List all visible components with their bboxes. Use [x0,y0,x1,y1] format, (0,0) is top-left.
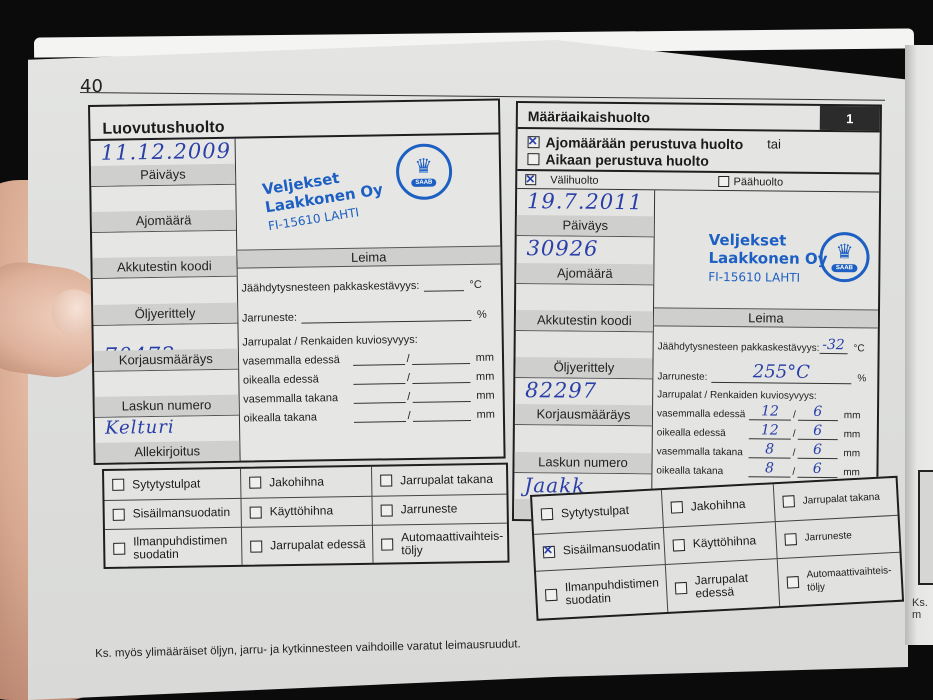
page-number: 40 [80,76,103,97]
measurements: Jäähdytysnesteen pakkaskestävyys:°C Jarr… [237,265,503,461]
checkbox[interactable] [249,477,261,489]
service-number-badge: 1 [820,106,880,131]
type-main[interactable]: Päähuolto [719,175,784,188]
checklist-item[interactable]: Jakohihna [241,467,372,499]
wear-label: oikealla takana [243,411,353,425]
checkbox[interactable] [250,506,262,518]
checkbox[interactable] [719,176,730,187]
field-label: Korjausmääräys [515,404,652,425]
tread-value [412,363,470,364]
pad-field[interactable]: 8 [749,446,791,458]
logo-text: SAAB [832,264,857,272]
griffin-icon: ♛ [414,157,432,177]
field-label: Korjausmääräys [94,348,238,370]
stamp-area: Veljekset Laakkonen Oy FI-15610 LAHTI ♛ … [654,190,879,310]
type-label: Päähuolto [734,176,784,188]
basis-label: Aikaan perustuva huolto [545,151,709,169]
pad-field[interactable] [353,391,405,404]
checklist-label: Jarrupalat takana [802,490,880,507]
checkbox-checked[interactable] [525,174,536,185]
next-page-text-fragment: Ks. m [912,597,933,621]
field-label: Akkutestin koodi [516,310,653,331]
unit: mm [844,429,861,440]
checklist-item[interactable]: Automaattivaihteis- töljy [373,524,508,563]
checkbox[interactable] [675,581,688,594]
delivery-checklist: SytytystulpatJakohihnaJarrupalat takanaS… [102,463,510,569]
checklist-label: Jarrupalat edessä [270,538,366,552]
checkbox[interactable] [545,588,558,601]
checkbox[interactable] [113,508,125,520]
pad-value [353,383,405,384]
scheduled-checklist: SytytystulpatJakohihnaJarrupalat takanaS… [530,476,904,621]
unit: °C [469,279,482,291]
wear-label: oikealla edessä [243,373,353,387]
field-signature[interactable]: KelturiAllekirjoitus [95,416,239,463]
field-label: Akkutestin koodi [92,256,236,278]
unit: mm [843,467,860,478]
field-mileage[interactable]: Ajomäärä [91,185,235,233]
coolant-label: Jäähdytysnesteen pakkaskestävyys: [658,341,820,354]
stamp-line: Veljekset [709,231,828,250]
coolant-value: -32 [819,337,847,353]
unit: % [477,309,487,321]
handwritten-value: 30926 [526,236,598,261]
saab-logo-icon: ♛ SAAB [395,143,452,200]
checklist-label: Sisäilmansuodatin [563,540,661,558]
checklist-label: Ilmanpuhdistimen suodatin [565,576,667,607]
type-interim[interactable]: Välihuolto [525,174,598,187]
pad-value: 8 [748,460,790,476]
checkbox[interactable] [787,576,800,589]
or-label: tai [767,136,781,151]
checklist-label: Jarruneste [804,530,852,545]
stamp-area: Veljekset Laakkonen Oy FI-15610 LAHTI ♛ … [235,135,500,251]
wear-label: oikealla takana [656,465,748,477]
checkbox[interactable] [381,504,393,516]
checklist-label: Automaattivaihteis- töljy [401,529,507,557]
checkbox-checked[interactable] [543,546,556,559]
field-date[interactable]: 19.7.2011Päiväys [517,189,654,238]
brake-fluid-label: Jarruneste: [242,312,297,325]
handwritten-value: 11.12.2009 [101,139,232,165]
scheduled-service-form: Määräaikaishuolto 1 Ajomäärään perustuva… [512,101,882,524]
form-title: Määräaikaishuolto [518,103,820,130]
field-battery-test-code[interactable]: Akkutestin koodi [516,284,653,333]
brake-fluid-field[interactable]: 255°C [711,371,851,384]
wear-label: vasemmalla takana [243,392,353,406]
brake-fluid-label: Jarruneste: [657,371,707,382]
checklist-item[interactable]: Jarrupalat takana [372,465,506,497]
field-repair-order[interactable]: 82297Korjausmääräys [515,378,652,427]
wear-label: vasemmalla edessä [657,408,749,420]
type-label: Välihuolto [550,174,598,186]
tread-field[interactable]: 6 [797,447,837,459]
coolant-field[interactable] [423,279,463,292]
tread-value [412,382,470,383]
brake-fluid-value: 255°C [711,361,851,383]
checklist-label: Sytytystulpat [132,477,200,491]
field-battery-test-code[interactable]: Akkutestin koodi [92,231,236,279]
griffin-icon: ♛ [835,242,853,262]
wear-label: vasemmalla edessä [243,354,353,368]
checkbox[interactable] [541,508,554,521]
pad-field[interactable] [353,353,405,366]
checklist-label: Jarrupalat takana [400,473,493,487]
checkbox[interactable] [250,540,262,552]
tread-field[interactable] [412,352,470,365]
checklist-item[interactable]: Jarrupalat edessä [666,559,780,612]
checklist-item[interactable]: Automaattivaihteis- töljy [778,553,902,606]
checkbox[interactable] [527,153,539,165]
checklist-label: Ilmanpuhdistimen suodatin [133,533,241,561]
checklist-item[interactable]: Jarruneste [372,494,506,526]
pad-field[interactable]: 8 [748,465,790,477]
checklist-item[interactable]: Jakohihna [662,484,776,527]
field-label: Öljyerittely [515,357,652,378]
saab-logo-icon: ♛ SAAB [819,232,869,282]
basis-label: Ajomäärään perustuva huolto [546,134,744,152]
field-label: Öljyerittely [93,302,237,324]
checklist-item[interactable]: Jarrupalat edessä [242,526,374,565]
field-invoice-number[interactable]: Laskun numero [514,425,651,474]
field-label: Ajomäärä [516,263,653,284]
pad-field[interactable] [353,410,405,423]
unit: mm [476,409,495,421]
tread-value: 6 [798,404,838,420]
checklist-item[interactable]: Sytytystulpat [104,469,241,501]
stamp-line: FI-15610 LAHTI [708,270,827,285]
stamp-line: Laakkonen Oy [708,249,827,268]
tread-field[interactable]: 6 [797,466,837,478]
coolant-value [424,290,464,291]
pad-field[interactable]: 12 [749,427,791,439]
coolant-field[interactable]: -32 [819,342,847,354]
wear-label: vasemmalla takana [657,446,749,458]
checklist-item[interactable]: Jarrupalat takana [774,478,898,522]
field-column: 11.12.2009Päiväys Ajomäärä Akkutestin ko… [91,139,241,463]
field-repair-order[interactable]: 70472Korjausmääräys [93,323,237,371]
field-label: Päiväys [517,215,654,236]
pad-field[interactable]: 12 [749,408,791,420]
unit: °C [853,343,864,354]
handwritten-value: 19.7.2011 [527,189,643,214]
checklist-item[interactable]: Sisäilmansuodatin [104,498,241,530]
signature: Kelturi [105,417,175,439]
field-label: Laskun numero [95,395,239,417]
unit: mm [843,448,860,459]
checklist-label: Jakohihna [691,498,746,514]
checkbox[interactable] [673,539,686,552]
tread-field[interactable] [413,409,471,422]
handwritten-value: 82297 [525,378,597,403]
field-label: Allekirjoitus [95,441,239,463]
logo-text: SAAB [411,179,436,187]
unit: mm [476,352,495,364]
tread-value: 6 [798,423,838,439]
checklist-label: Jarruneste [401,503,458,517]
checklist-item[interactable]: Ilmanpuhdistimen suodatin [536,565,668,619]
pad-value: 12 [749,422,791,438]
field-column: 19.7.2011Päiväys 30926Ajomäärä Akkutesti… [514,189,655,520]
basis-time[interactable]: Aikaan perustuva huolto [527,150,879,170]
field-label: Ajomäärä [92,210,236,232]
unit: % [857,373,866,384]
checklist-item[interactable]: Ilmanpuhdistimen suodatin [105,528,243,567]
checkbox[interactable] [671,501,684,514]
unit: mm [476,371,495,383]
stamp-label: Leima [654,308,878,328]
unit: mm [476,390,495,402]
field-label: Laskun numero [514,452,651,473]
checklist-label: Käyttöhihna [270,505,334,519]
checklist-label: Automaattivaihteis- töljy [806,563,901,594]
dealer-stamp: Veljekset Laakkonen Oy FI-15610 LAHTI [708,231,827,285]
tread-field[interactable]: 6 [798,428,838,440]
checklist-item[interactable]: Käyttöhihna [664,522,778,565]
tread-field[interactable] [412,390,470,403]
delivery-service-form: Luovutushuolto 11.12.2009Päiväys Ajomäär… [88,99,506,465]
tread-value: 6 [797,461,837,477]
field-date[interactable]: 11.12.2009Päiväys [91,139,235,187]
pad-field[interactable] [353,372,405,385]
field-invoice-number[interactable]: Laskun numero [94,369,238,417]
checkbox[interactable] [784,533,797,546]
pad-value: 8 [749,441,791,457]
field-oil-spec[interactable]: Öljyerittely [93,277,237,325]
checkbox[interactable] [112,479,124,491]
checkbox[interactable] [380,475,392,487]
unit: mm [844,410,861,421]
checkbox-checked[interactable] [528,136,540,148]
checkbox[interactable] [381,538,393,550]
field-oil-spec[interactable]: Öljyerittely [515,331,652,380]
next-page-form-fragment [918,470,933,585]
tread-field[interactable] [412,371,470,384]
checklist-item[interactable]: Käyttöhihna [241,496,372,528]
wear-label: oikealla edessä [657,427,749,439]
dealer-stamp: Veljekset Laakkonen Oy FI-15610 LAHTI [261,162,387,233]
field-mileage[interactable]: 30926Ajomäärä [516,236,653,285]
checklist-label: Käyttöhihna [692,535,756,551]
checkbox[interactable] [782,495,795,508]
checkbox[interactable] [113,542,125,554]
checklist-label: Sytytystulpat [561,504,630,521]
pad-value [353,364,405,365]
checklist-label: Jarrupalat edessä [694,570,778,600]
tread-value [412,401,470,402]
pad-value [353,402,405,403]
tread-value [413,420,471,421]
checklist-label: Sisäilmansuodatin [133,506,231,521]
service-basis: Ajomäärään perustuva huoltotai Aikaan pe… [517,129,879,174]
checklist-item[interactable]: Jarruneste [776,515,900,559]
pad-value [354,421,406,422]
tread-field[interactable]: 6 [798,409,838,421]
checklist-label: Jakohihna [269,475,324,489]
pad-value: 12 [749,403,791,419]
tread-value: 6 [797,442,837,458]
field-label: Päiväys [91,164,235,186]
wear-heading: Jarrupalat / Renkaiden kuviosyvyys: [657,389,817,402]
